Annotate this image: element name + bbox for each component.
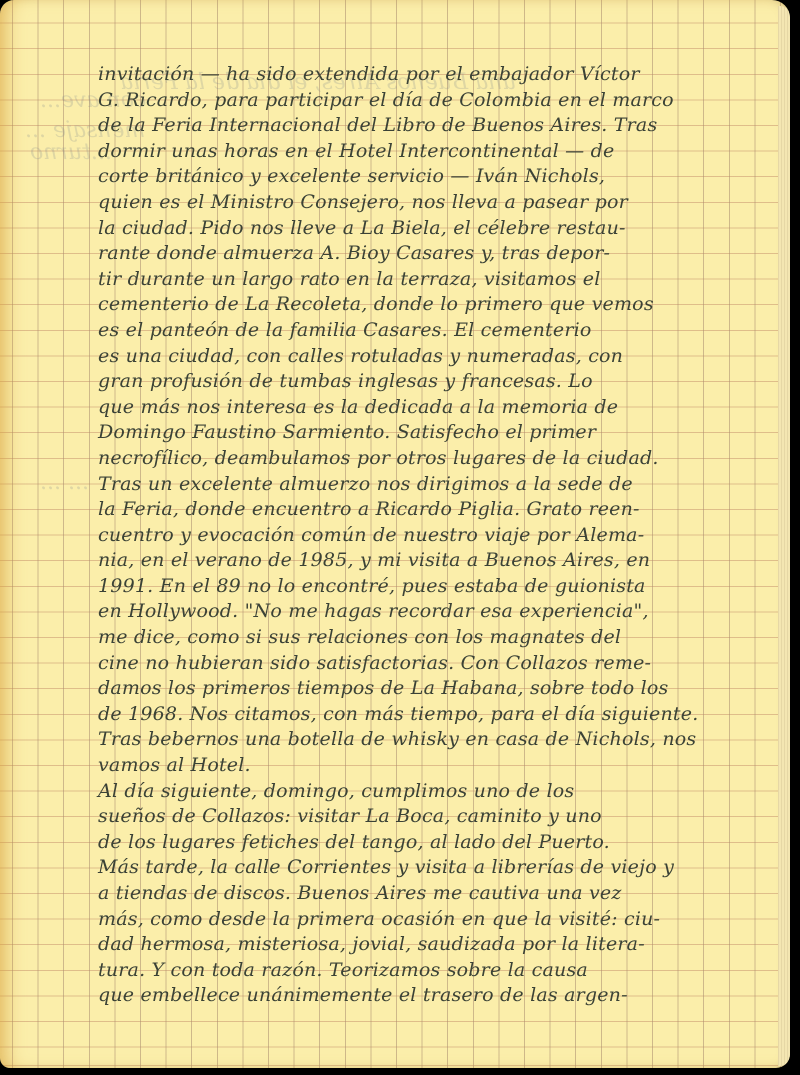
text-line: en Hollywood. "No me hagas recordar esa …: [98, 599, 778, 625]
text-line: dormir unas horas en el Hotel Interconti…: [98, 139, 778, 165]
text-line: rante donde almuerza A. Bioy Casares y, …: [98, 241, 778, 267]
text-line: quien es el Ministro Consejero, nos llev…: [98, 190, 778, 216]
text-line: tir durante un largo rato en la terraza,…: [98, 267, 778, 293]
text-line: Al día siguiente, domingo, cumplimos uno…: [98, 779, 778, 805]
text-line: cuentro y evocación común de nuestro via…: [98, 523, 778, 549]
text-line: sueños de Collazos: visitar La Boca, cam…: [98, 804, 778, 830]
text-line: que embellece unánimemente el trasero de…: [98, 983, 778, 1009]
page-edge: [778, 6, 790, 1066]
text-line: que más nos interesa es la dedicada a la…: [98, 395, 778, 421]
text-line: a tiendas de discos. Buenos Aires me cau…: [98, 881, 778, 907]
text-line: Tras bebernos una botella de whisky en c…: [98, 727, 778, 753]
text-line: G. Ricardo, para participar el día de Co…: [98, 88, 778, 114]
text-line: gran profusión de tumbas inglesas y fran…: [98, 369, 778, 395]
text-line: 1991. En el 89 no lo encontré, pues esta…: [98, 574, 778, 600]
handwritten-text: invitación — ha sido extendida por el em…: [98, 62, 778, 1009]
text-line: dad hermosa, misteriosa, jovial, saudiza…: [98, 932, 778, 958]
text-line: la Feria, donde encuentro a Ricardo Pigl…: [98, 497, 778, 523]
text-line: cementerio de La Recoleta, donde lo prim…: [98, 292, 778, 318]
text-line: es el panteón de la familia Casares. El …: [98, 318, 778, 344]
text-line: nia, en el verano de 1985, y mi visita a…: [98, 548, 778, 574]
text-line: de la Feria Internacional del Libro de B…: [98, 113, 778, 139]
bleed-line: ... ...: [40, 470, 89, 495]
text-line: cine no hubieran sido satisfactorias. Co…: [98, 651, 778, 677]
text-line: corte británico y excelente servicio — I…: [98, 164, 778, 190]
text-line: tura. Y con toda razón. Teorizamos sobre…: [98, 958, 778, 984]
notebook-page: una Buenos Aires, el día de la Feria con…: [0, 0, 790, 1068]
text-line: más, como desde la primera ocasión en qu…: [98, 907, 778, 933]
text-line: es una ciudad, con calles rotuladas y nu…: [98, 344, 778, 370]
text-line: la ciudad. Pido nos lleve a La Biela, el…: [98, 216, 778, 242]
text-line: invitación — ha sido extendida por el em…: [98, 62, 778, 88]
text-line: de los lugares fetiches del tango, al la…: [98, 830, 778, 856]
text-line: Más tarde, la calle Corrientes y visita …: [98, 855, 778, 881]
text-line: Domingo Faustino Sarmiento. Satisfecho e…: [98, 420, 778, 446]
text-line: damos los primeros tiempos de La Habana,…: [98, 676, 778, 702]
bottom-border: [0, 1068, 800, 1075]
text-line: Tras un excelente almuerzo nos dirigimos…: [98, 472, 778, 498]
text-line: necrofílico, deambulamos por otros lugar…: [98, 446, 778, 472]
text-line: vamos al Hotel.: [98, 753, 778, 779]
text-line: me dice, como si sus relaciones con los …: [98, 625, 778, 651]
text-line: de 1968. Nos citamos, con más tiempo, pa…: [98, 702, 778, 728]
